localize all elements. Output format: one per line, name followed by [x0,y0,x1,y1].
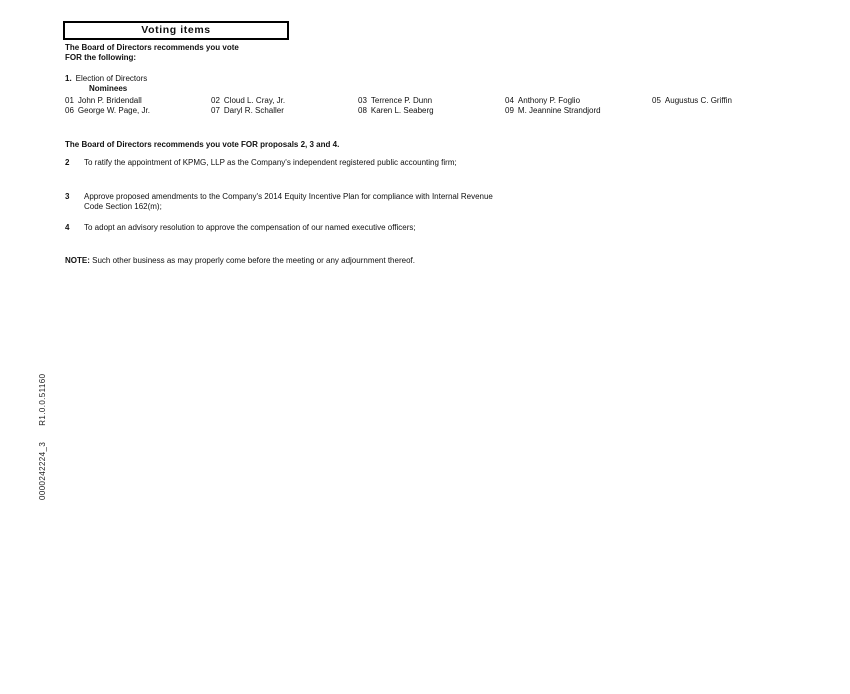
proposal-number: 3 [65,192,69,202]
item-election-of-directors: 1.Election of Directors [65,74,147,84]
nominee-05: 05Augustus C. Griffin [652,96,732,106]
voting-items-header: Voting items [63,21,289,40]
proposal-text: To adopt an advisory resolution to appro… [84,223,524,233]
note-text: Such other business as may properly come… [90,256,415,265]
note-label: NOTE: [65,256,90,265]
proposal-number: 4 [65,223,69,233]
document-code: 0000242224_3 [38,442,47,500]
item-number: 1. [65,74,72,83]
board-recommendation-2: The Board of Directors recommends you vo… [65,140,339,150]
board-recommendation-1: The Board of Directors recommends you vo… [65,43,239,63]
nominee-03: 03Terrence P. Dunn [358,96,432,106]
nominee-08: 08Karen L. Seaberg [358,106,434,116]
nominee-09: 09M. Jeannine Strandjord [505,106,601,116]
nominee-07: 07Daryl R. Schaller [211,106,284,116]
recommendation-line-2: FOR the following: [65,53,239,63]
recommendation-line-1: The Board of Directors recommends you vo… [65,43,239,53]
nominee-04: 04Anthony P. Foglio [505,96,580,106]
header-title: Voting items [141,24,210,36]
item-label: Election of Directors [76,74,148,83]
note: NOTE: Such other business as may properl… [65,256,415,266]
proxy-voting-page: Voting items The Board of Directors reco… [0,0,850,694]
nominees-label: Nominees [89,84,127,94]
nominee-02: 02Cloud L. Cray, Jr. [211,96,285,106]
proposal-number: 2 [65,158,69,168]
nominee-01: 01John P. Bridendall [65,96,142,106]
side-document-codes: 0000242224_3R1.0.0.51160 [38,374,48,500]
proposal-text: To ratify the appointment of KPMG, LLP a… [84,158,524,168]
revision-code: R1.0.0.51160 [38,374,47,426]
nominee-06: 06George W. Page, Jr. [65,106,150,116]
proposal-text: Approve proposed amendments to the Compa… [84,192,514,212]
